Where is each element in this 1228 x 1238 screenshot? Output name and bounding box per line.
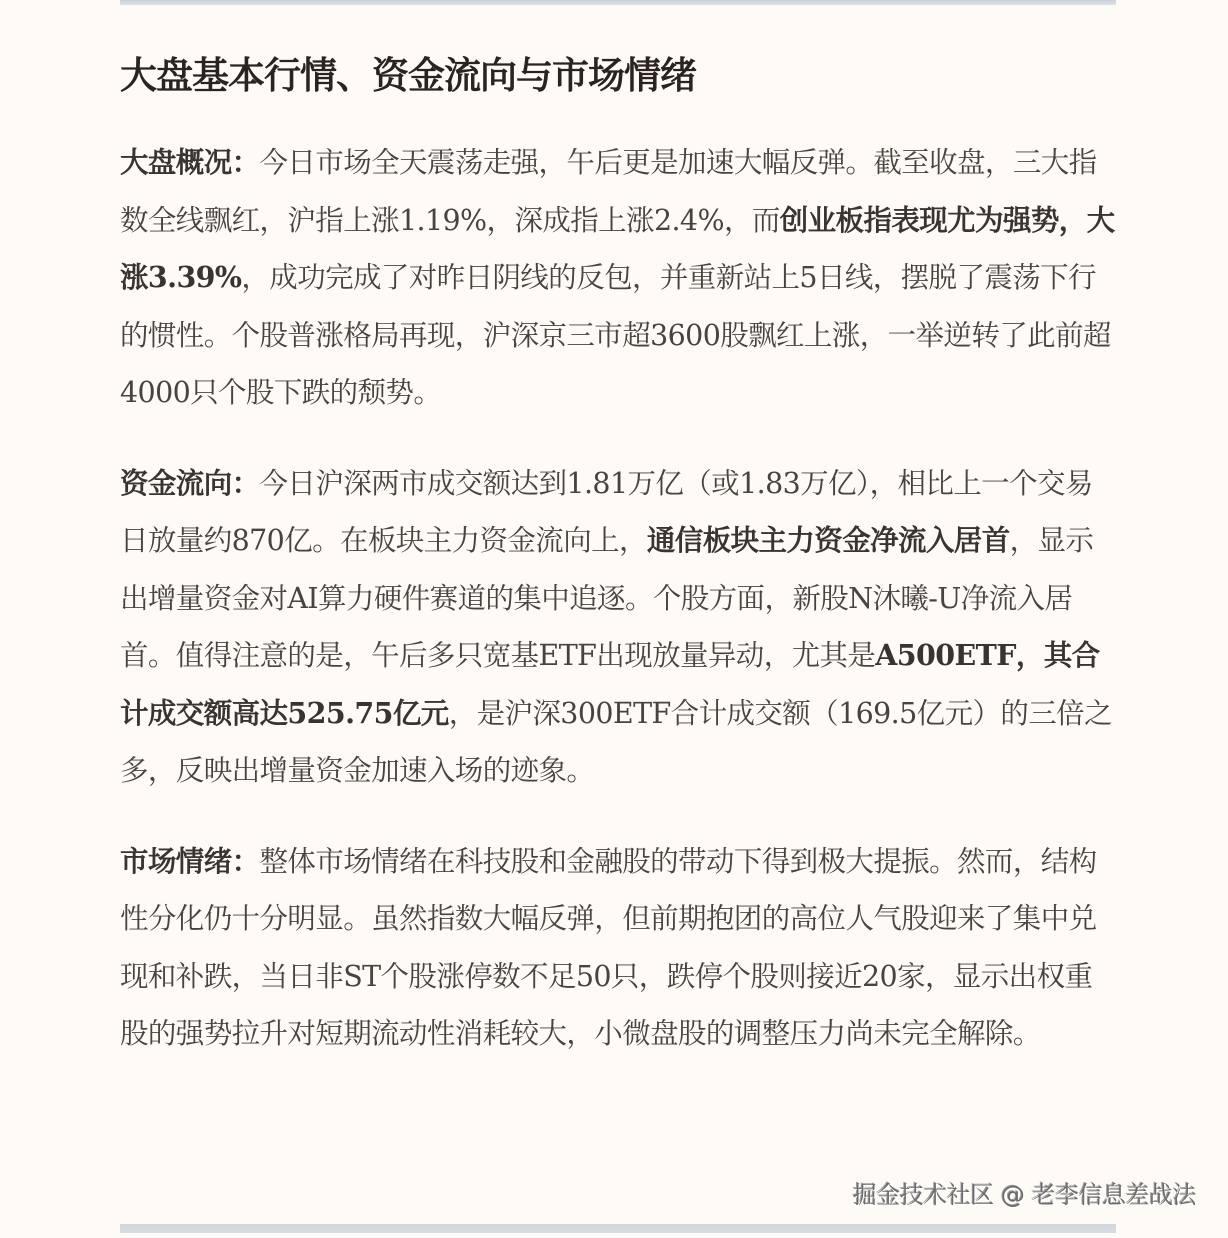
article: 大盘基本行情、资金流向与市场情绪 大盘概况：今日市场全天震荡走强，午后更是加速大…: [120, 50, 1120, 1063]
section-market-sentiment: 市场情绪：整体市场情绪在科技股和金融股的带动下得到极大提振。然而，结构性分化仍十…: [120, 833, 1120, 1063]
bottom-divider-bar: [120, 1224, 1116, 1233]
section-label: 资金流向：: [120, 467, 260, 500]
section-label: 市场情绪：: [120, 845, 260, 878]
section-market-overview: 大盘概况：今日市场全天震荡走强，午后更是加速大幅反弹。截至收盘，三大指数全线飘红…: [120, 134, 1120, 422]
paragraph-text: 整体市场情绪在科技股和金融股的带动下得到极大提振。然而，结构性分化仍十分明显。虽…: [120, 845, 1097, 1051]
section-capital-flow: 资金流向：今日沪深两市成交额达到1.81万亿（或1.83万亿），相比上一个交易日…: [120, 455, 1120, 800]
section-label: 大盘概况：: [120, 146, 260, 179]
top-divider-bar: [120, 0, 1116, 5]
watermark: 掘金技术社区 @ 老李信息差战法: [853, 1175, 1196, 1210]
highlighted-text: 通信板块主力资金净流入居首: [647, 523, 1010, 557]
paragraph-text: ，成功完成了对昨日阴线的反包，并重新站上5日线，摆脱了震荡下行的惯性。个股普涨格…: [120, 261, 1111, 409]
article-title: 大盘基本行情、资金流向与市场情绪: [120, 50, 1120, 102]
